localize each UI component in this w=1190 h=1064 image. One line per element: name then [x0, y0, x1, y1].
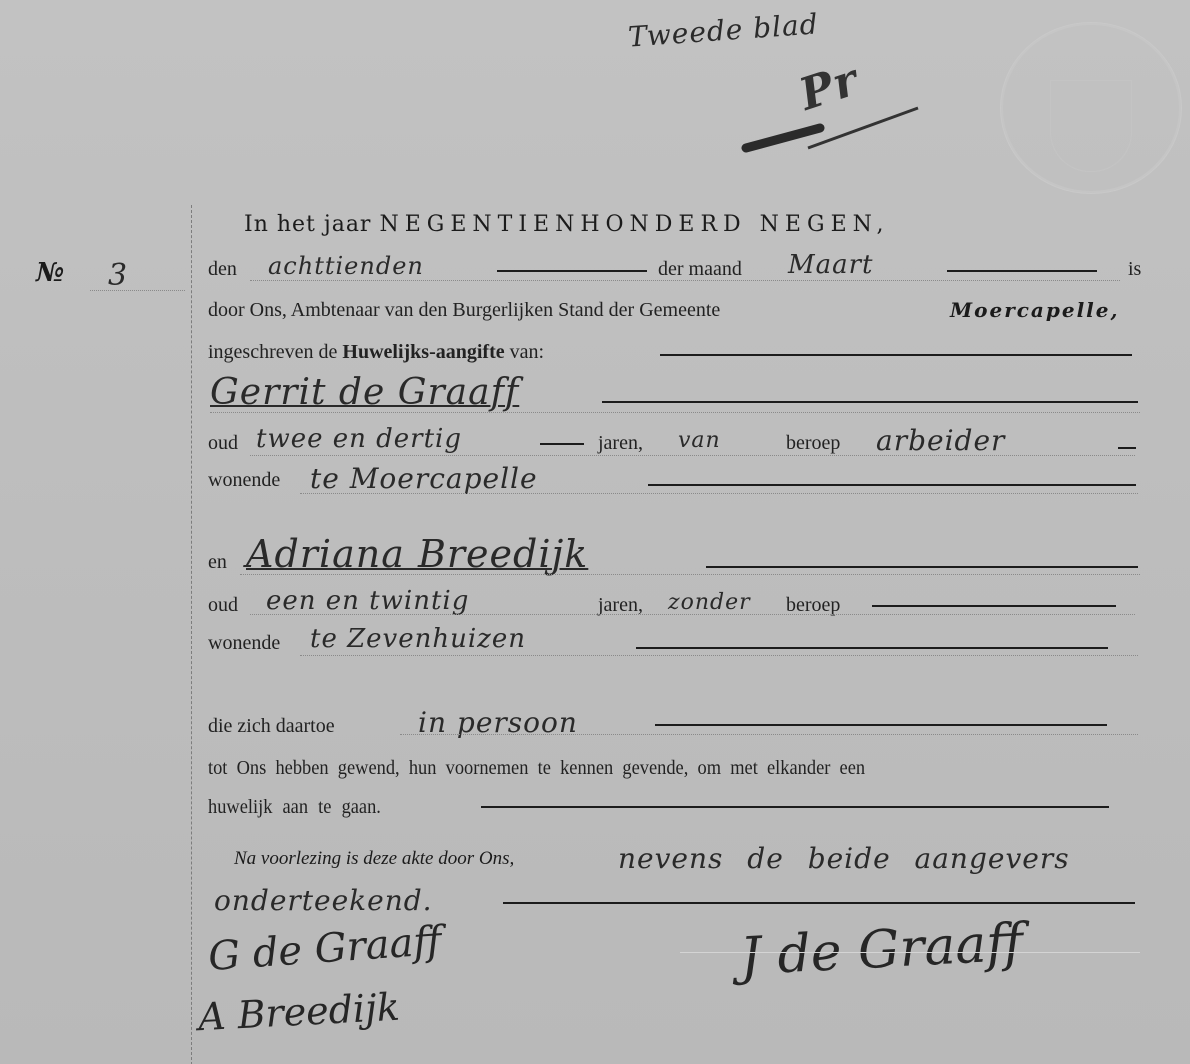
groom-residence: te Moercapelle — [310, 462, 538, 495]
signature-bride: A Breedijk — [197, 985, 401, 1040]
bride-zonder: zonder — [668, 590, 751, 615]
groom-residence-rule — [648, 484, 1136, 486]
groom-van: van — [678, 428, 721, 453]
groom-age-rule — [540, 443, 584, 445]
year-value: NEGENTIENHONDERD NEGEN, — [379, 212, 889, 237]
municipality: Moercapelle, — [950, 298, 1119, 322]
month-rule — [947, 270, 1097, 272]
closing-rule — [503, 902, 1135, 904]
day-rule — [497, 270, 647, 272]
sheet-note: Tweede blad — [627, 7, 820, 53]
groom-name: Gerrit de Graaff — [210, 372, 519, 413]
groom-age-dots — [250, 455, 1135, 456]
form-line-year: In het jaar NEGENTIENHONDERD NEGEN, — [244, 212, 889, 237]
bride-name-dots — [240, 574, 1140, 575]
daartoe-label: die zich daartoe — [208, 715, 335, 738]
closing-handwritten-2: onderteekend. — [214, 884, 433, 917]
den-label: den — [208, 258, 237, 281]
line4-rule — [660, 354, 1132, 356]
bride-residence: te Zevenhuizen — [310, 624, 526, 654]
bride-oud-label: oud — [208, 594, 238, 617]
marriage-rule — [481, 806, 1109, 808]
bride-wonende-label: wonende — [208, 632, 280, 655]
bride-residence-rule — [636, 647, 1108, 649]
groom-beroep-label: beroep — [786, 432, 840, 455]
line2-dots — [250, 280, 1120, 281]
number-dotted-line — [90, 290, 185, 291]
groom-name-dots — [210, 412, 1140, 413]
groom-oud-label: oud — [208, 432, 238, 455]
record-number-label: № — [36, 258, 64, 288]
document-page: Tweede blad Pr № 3 In het jaar NEGENTIEN… — [0, 0, 1190, 1064]
signature-guide-line — [680, 952, 1140, 953]
registration-suffix: van: — [510, 341, 544, 363]
signature-official: J de Graaff — [739, 913, 1025, 988]
closing-handwritten-1: nevens de beide aangevers — [618, 842, 1070, 875]
registration-prefix: ingeschreven de — [208, 341, 337, 363]
closing-printed: Na voorlezing is deze akte door Ons, — [234, 848, 514, 870]
record-number-value: 3 — [108, 258, 128, 293]
bride-occupation-rule — [872, 605, 1116, 607]
groom-name-rule — [602, 401, 1138, 403]
der-maand-label: der maand — [658, 258, 742, 281]
official-line: door Ons, Ambtenaar van den Burgerlijken… — [208, 299, 720, 322]
intent-line: tot Ons hebben gewend, hun voornemen te … — [208, 757, 865, 780]
daartoe-rule — [655, 724, 1107, 726]
groom-age: twee en dertig — [256, 424, 462, 454]
bride-age-dots — [250, 614, 1135, 615]
margin-divider — [191, 205, 192, 1064]
is-label: is — [1128, 258, 1141, 281]
groom-residence-dots — [300, 493, 1138, 494]
signature-groom: G de Graaff — [207, 918, 443, 980]
bride-name: Adriana Breedijk — [246, 532, 588, 576]
groom-wonende-label: wonende — [208, 469, 280, 492]
daartoe-dots — [400, 734, 1138, 735]
registration-type: Huwelijks-aangifte — [342, 341, 504, 363]
bride-name-rule — [706, 566, 1138, 568]
bride-residence-dots — [300, 655, 1138, 656]
bride-en-label: en — [208, 551, 227, 574]
groom-occupation-rule — [1118, 447, 1136, 449]
groom-occupation: arbeider — [876, 424, 1005, 457]
initials-flourish-icon — [740, 90, 930, 160]
registration-line: ingeschreven de Huwelijks-aangifte van: — [208, 341, 544, 364]
groom-jaren-label: jaren, — [598, 432, 643, 455]
seal-shield-icon — [1050, 80, 1132, 172]
bride-age: een en twintig — [266, 586, 469, 616]
year-prefix: In het jaar — [244, 212, 371, 237]
marriage-line: huwelijk aan te gaan. — [208, 796, 381, 819]
day-field: achttienden — [268, 252, 424, 280]
month-field: Maart — [788, 250, 874, 280]
